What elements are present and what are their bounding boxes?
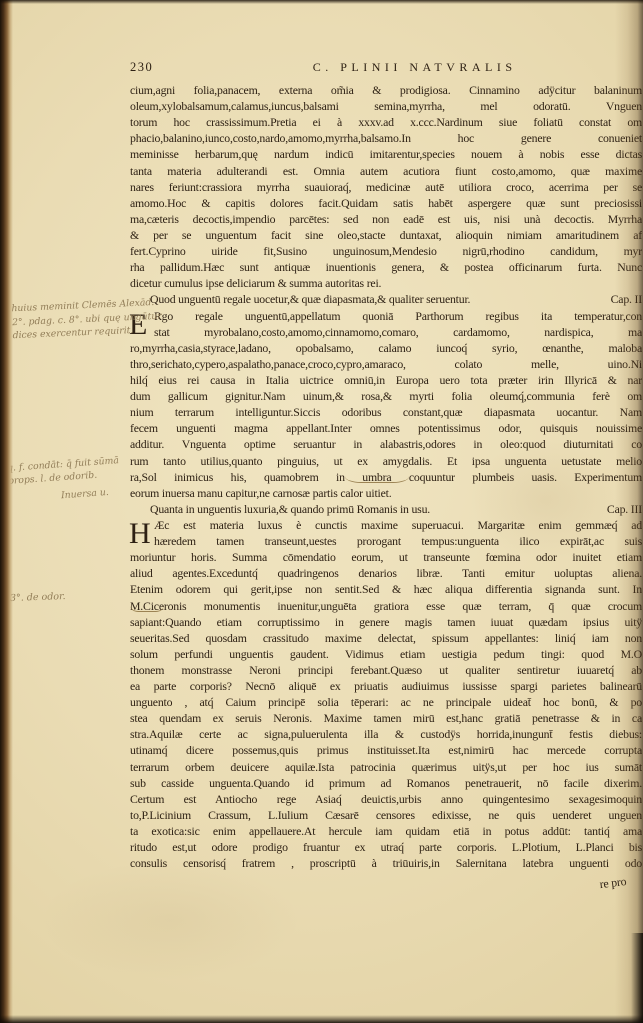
running-title: C. PLINII NATVRALIS bbox=[153, 60, 642, 75]
marginal-note-line: Inuersa u. bbox=[61, 485, 122, 502]
chapter-number: Cap. III bbox=[599, 501, 642, 517]
text-line: sapiant:Quando etiam corruptissimo in ge… bbox=[130, 614, 642, 630]
text-line: hilq́ eius rei causa in Italia uictrice … bbox=[130, 372, 642, 388]
text-line: dicetur cumulus ipse deliciarum & summa … bbox=[130, 275, 642, 291]
text-line: & per se unguentum facit sine oleo,stact… bbox=[130, 227, 642, 243]
text-line: terrarum orbem deuicere aquilæ.Ista patr… bbox=[130, 759, 642, 775]
text-line: hæredem tamen transeunt,uestes prorogant… bbox=[130, 533, 642, 549]
text-line: rum tanto utilius,quanto pinguius, ut ex… bbox=[130, 453, 642, 469]
text-line: M.Ciceronis monumentis inuenitur,unguēta… bbox=[130, 598, 642, 614]
text-line: utinamq́ dicere possemus,quis primus ins… bbox=[130, 742, 642, 758]
ink-underline-ciceronis bbox=[130, 599, 164, 612]
text-line: ritudo est,ut odore prodigo fruantur ex … bbox=[130, 839, 642, 855]
text-line: consulis censorisq́ fratrem , proscriptū… bbox=[130, 855, 642, 871]
text-line: ta exotica:sic enim appellauere.At hercu… bbox=[130, 823, 642, 839]
chapter-title: Quod unguentū regale uocetur,& quæ diapa… bbox=[150, 291, 470, 307]
text-line: eorum inuersa manu capitur,ne carnosæ pa… bbox=[130, 485, 642, 501]
book-binding-edge bbox=[0, 0, 13, 1023]
text-line: ro,myrrha,casia,styrace,ladano, opobalsa… bbox=[130, 340, 642, 356]
paragraph-1: cium,agni folia,panacem, externa om̃ia &… bbox=[130, 82, 642, 291]
text-line: seueritas.Sed quosdam crassitudo maxime … bbox=[130, 630, 642, 646]
page-edge-bottom bbox=[0, 1015, 643, 1023]
text-line: amomo.Hoc & capitis dolores facit.Quidam… bbox=[130, 195, 642, 211]
text-line: dum gallicum gignitur.Nam uinum,& rosa,&… bbox=[130, 388, 642, 404]
folio-number: 230 bbox=[130, 60, 153, 75]
handwritten-marginal-note-1: huius meminit Clemēs Alexād.2°. pdag. c.… bbox=[11, 296, 162, 343]
ink-underline-coquuntur bbox=[345, 470, 409, 483]
text-line: stea quendam ex seruis Neronis. Maxime t… bbox=[130, 710, 642, 726]
text-line: ea parte corporis? Necnō aliquē ex priua… bbox=[130, 678, 642, 694]
text-line: oleum,xylobalsamum,calamus,iuncus,balsam… bbox=[130, 98, 642, 114]
text-line: nium terrarum intelliguntur.Siccis odori… bbox=[130, 404, 642, 420]
text-line: tanta materia adulterandi est. Omnia aut… bbox=[130, 163, 642, 179]
text-line: meminisse herbarum,quę nardum indicū imi… bbox=[130, 146, 642, 162]
text-line: moriuntur horis. Summa cōmendatio eorum,… bbox=[130, 549, 642, 565]
chapter-number: Cap. II bbox=[603, 291, 642, 307]
text-line: rha pallidum.Hæc sunt antiquæ inuentioni… bbox=[130, 259, 642, 275]
text-line: to,P.Licinium Crassum, L.Iulium Cæsarē c… bbox=[130, 807, 642, 823]
handwritten-marginal-note-3: 3°. de odor. bbox=[10, 591, 66, 604]
text-line: solum perfundi unguentis gaudent. Vidimu… bbox=[130, 646, 642, 662]
page-header: 230 C. PLINII NATVRALIS bbox=[130, 60, 642, 75]
text-column: cium,agni folia,panacem, externa om̃ia &… bbox=[130, 82, 642, 887]
drop-cap-h: H bbox=[129, 519, 153, 548]
text-line: torum hoc crassissimum.Pretia ei à xxxv.… bbox=[130, 114, 642, 130]
chapter-title: Quanta in unguentis luxuria,& quando pri… bbox=[150, 501, 430, 517]
text-line: cium,agni folia,panacem, externa om̃ia &… bbox=[130, 82, 642, 98]
handwritten-marginal-note-2: q. f. condāt: q̄ fuit sūmāprops. l. de o… bbox=[7, 454, 122, 506]
chapter-heading-3: Quanta in unguentis luxuria,& quando pri… bbox=[130, 501, 642, 517]
text-line: ma,cæteris decoctis,impendio parcētes: s… bbox=[130, 211, 642, 227]
text-line: Etenim odorem qui gerit,ipse non sentit.… bbox=[130, 581, 642, 597]
text-line: aliud agentes.Exceduntq́ quadringenos de… bbox=[130, 565, 642, 581]
text-line: nares feriunt:crassiora myrrha suauioraq… bbox=[130, 179, 642, 195]
text-line: unguento , atq́ Caium principē solia tēp… bbox=[130, 694, 642, 710]
text-line: fert.Cyprino uiride fit,Susino unguinosu… bbox=[130, 243, 642, 259]
page-corner-shadow bbox=[631, 933, 643, 1023]
text-line: stat myrobalano,costo,amomo,cinnamomo,co… bbox=[130, 324, 642, 340]
text-line: additur. Vnguenta optime seruantur in al… bbox=[130, 436, 642, 452]
text-line: thro,serichato,cypero,aspalatho,panace,c… bbox=[130, 356, 642, 372]
chapter-heading-2: Quod unguentū regale uocetur,& quæ diapa… bbox=[130, 291, 642, 307]
book-page-scan: 230 C. PLINII NATVRALIS cium,agni folia,… bbox=[0, 0, 643, 1023]
marginal-note-line: 3°. de odor. bbox=[10, 591, 66, 604]
text-line: stra.Aquilæ certe ac signa,puluerulenta … bbox=[130, 726, 642, 742]
page-edge-top bbox=[0, 0, 643, 4]
text-line: phacio,balanino,iunco,costo,nardo,amomo,… bbox=[130, 130, 642, 146]
text-line: thonem monstrasse Neroni principi fereba… bbox=[130, 662, 642, 678]
paragraph-3: H Æc est materia luxus è cunctis maxime … bbox=[130, 517, 642, 871]
text-line: Æc est materia luxus è cunctis maxime su… bbox=[130, 517, 642, 533]
text-line: fecem unguenti magma appellant.Inter omn… bbox=[130, 420, 642, 436]
text-line: sub casside unguenta.Quando id primum ad… bbox=[130, 775, 642, 791]
text-line: Certum est Antiocho rege Asiaq́ deuictis… bbox=[130, 791, 642, 807]
text-line: Rgo regale unguentū,appellatum quoniā Pa… bbox=[130, 308, 642, 324]
